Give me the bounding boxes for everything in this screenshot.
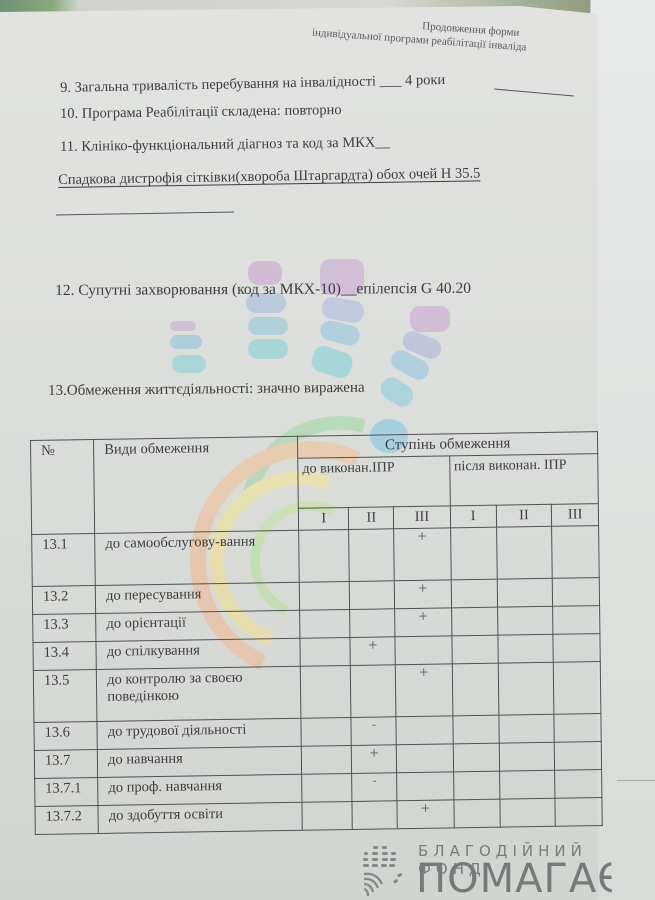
degree-cell [497,578,553,607]
degree-cell [452,635,498,664]
degree-cell [300,609,351,638]
degree-cell: + [352,745,397,774]
col-kind-header: Види обмеження [94,436,299,533]
group-before-header: до виконан.ІПР [298,456,450,508]
dash-mark: - [357,774,393,787]
degree-cell [499,742,555,771]
item-12-label: 12. Супутні захворювання (код за МКХ-10)… [55,280,356,299]
row-limitation-kind: до навчання [97,746,301,777]
degree-cell [349,529,394,582]
degree-cell: + [395,608,452,637]
degree-header-after-II: II [496,504,552,527]
plus-mark: + [356,746,392,759]
row-limitation-kind: до пересування [95,582,299,613]
degree-cell: + [397,800,454,829]
degree-cell: - [351,717,396,746]
col-num-header: № [31,439,95,534]
item-11-diagnosis-label: 11. Клініко-функціональний діагноз та ко… [60,134,390,156]
table-row: 13.1до самообслугову-вання+ [32,526,600,587]
fold-line [617,780,655,781]
plus-mark: + [402,801,450,814]
row-limitation-kind: до спілкування [96,638,300,669]
item-9-value: 4 роки [405,72,446,89]
plus-mark: + [399,581,447,594]
item-10-label: 10. Програма Реабілітації складена: [60,103,281,122]
degree-cell [499,770,555,799]
charity-logo: БЛАГОДІЙНИЙ ФОНД ПОМАГАЄМ [360,838,650,900]
limitations-table-body: 13.1до самообслугову-вання+13.2до пересу… [32,526,603,835]
dash-mark: - [356,718,392,731]
degree-cell [555,742,602,771]
degree-cell: + [394,580,451,609]
row-number: 13.7.2 [35,805,99,834]
plus-mark: + [355,638,391,651]
degree-cell [453,743,499,772]
item-9-disability-duration: 9. Загальна тривалість перебування на ін… [60,72,445,97]
degree-cell [352,801,397,830]
form-continuation-note: Продовження форми індивідуальної програм… [312,12,520,54]
degree-cell [299,581,350,610]
degree-cell [451,607,497,636]
row-limitation-kind: до орієнтації [96,610,300,641]
degree-cell [301,745,352,774]
degree-cell [350,581,395,610]
degree-header-before-II: II [349,507,394,530]
limitations-table: № Види обмеження Ступінь обмеження до ви… [30,431,603,835]
degree-cell [553,606,600,635]
plus-mark: + [400,665,448,678]
degree-cell [397,772,454,801]
row-limitation-kind: до самообслугову-вання [95,530,300,585]
degree-cell [351,665,396,718]
degree-cell [395,636,452,665]
degree-cell [301,717,352,746]
item-13-value: значно виражена [257,380,365,397]
degree-cell [454,799,500,828]
row-number: 13.1 [32,533,96,586]
degree-cell [555,770,602,799]
row-number: 13.4 [33,641,97,670]
item-13-label: 13.Обмеження життєдіяльності: [48,381,253,399]
row-number: 13.7.1 [35,777,99,806]
plus-mark: + [399,609,447,622]
table-row: 13.5до контролю за своєю поведінкою+ [33,662,601,723]
degree-header-before-III: III [394,506,451,529]
row-number: 13.7 [34,749,98,778]
row-number: 13.2 [32,585,96,614]
degree-cell [500,798,556,827]
item-12-value: епілепсія G 40.20 [356,280,471,298]
degree-cell [553,578,600,607]
item-9-underline [494,89,574,97]
degree-cell [553,634,600,663]
degree-cell [554,714,601,743]
row-number: 13.5 [33,669,97,722]
degree-cell [350,609,395,638]
row-limitation-kind: до контролю за своєю поведінкою [97,666,302,721]
row-limitation-kind: до проф. навчання [98,774,302,805]
degree-header-after-III: III [552,504,599,527]
degree-cell [555,798,602,827]
degree-header-after-I: I [450,505,496,528]
degree-cell [554,662,601,715]
item-12-comorbidities: 12. Супутні захворювання (код за МКХ-10)… [55,280,471,300]
item-13-life-limitations: 13.Обмеження життєдіяльності: значно вир… [48,380,365,400]
degree-cell [299,529,350,582]
degree-header-before-I: I [298,508,349,531]
degree-cell [496,526,552,579]
degree-cell: + [350,637,395,666]
item-11-diagnosis-value: Спадкова дистрофія сітківки(хвороба Штар… [58,165,480,189]
group-after-header: після виконан. ІПР [449,454,598,506]
row-number: 13.6 [34,721,98,750]
degree-cell [552,526,599,579]
degree-cell [450,527,497,580]
plus-mark: + [398,529,446,542]
item-11-blank-line [56,211,234,215]
degree-cell [302,773,353,802]
degree-cell: + [395,664,452,717]
degree-cell [453,715,499,744]
degree-cell [453,771,499,800]
item-9-label: 9. Загальна тривалість перебування на ін… [60,73,402,96]
document-page: Продовження форми індивідуальної програм… [0,6,598,900]
row-number: 13.3 [33,613,97,642]
degree-cell: + [394,528,451,581]
degree-cell [302,801,353,830]
degree-cell [396,716,453,745]
degree-cell [498,662,554,715]
degree-cell [300,637,351,666]
degree-cell [396,744,453,773]
degree-cell [451,579,497,608]
row-limitation-kind: до трудової діяльності [97,718,301,749]
degree-cell: - [352,773,397,802]
degree-cell [497,606,553,635]
hand-fingerprint-icon [360,844,408,900]
degree-cell [452,663,499,716]
item-10-program-status: 10. Програма Реабілітації складена: повт… [60,102,342,123]
degree-cell [498,634,554,663]
degree-cell [499,714,555,743]
item-10-value: повторно [284,102,341,119]
limitations-table-wrap: № Види обмеження Ступінь обмеження до ви… [30,431,603,835]
degree-cell [300,665,351,718]
row-limitation-kind: до здобуття освіти [98,802,302,833]
